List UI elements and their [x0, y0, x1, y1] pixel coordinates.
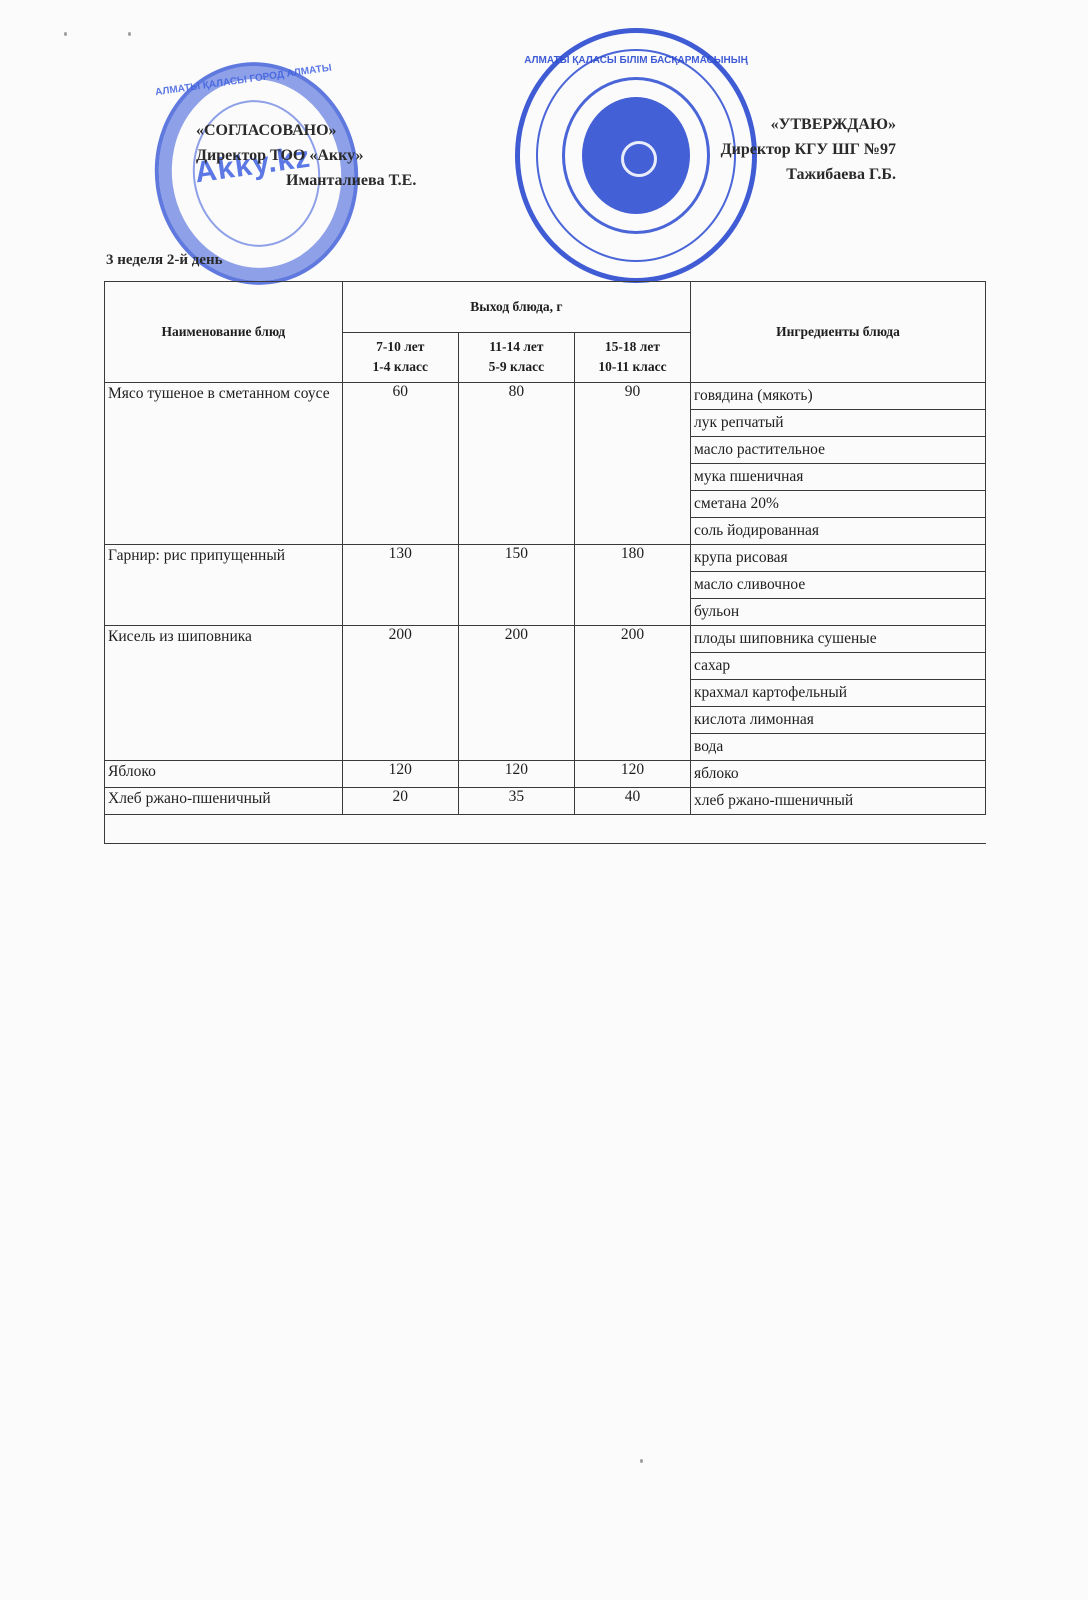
- scan-speck: [64, 32, 67, 36]
- dish-name-cell: Мясо тушеное в сметанном соусе: [105, 383, 343, 545]
- agreed-position: Директор ТОО «Акку»: [196, 143, 416, 168]
- yield-value-cell: 120: [342, 761, 458, 788]
- ingredient-cell: вода: [691, 734, 986, 761]
- header-ingredients: Ингредиенты блюда: [691, 282, 986, 383]
- yield-value-cell: 130: [342, 545, 458, 626]
- ingredient-cell: крахмал картофельный: [691, 680, 986, 707]
- yield-value-cell: 200: [574, 626, 690, 761]
- ingredient-cell: сметана 20%: [691, 491, 986, 518]
- ingredient-cell: плоды шиповника сушеные: [691, 626, 986, 653]
- ingredient-cell: хлеб ржано-пшеничный: [691, 788, 986, 815]
- scan-speck: [128, 32, 131, 36]
- table-row: Кисель из шиповника200200200плоды шиповн…: [105, 626, 986, 653]
- agreed-title: «СОГЛАСОВАНО»: [196, 118, 416, 143]
- ingredient-cell: сахар: [691, 653, 986, 680]
- ingredient-cell: бульон: [691, 599, 986, 626]
- ingredient-cell: кислота лимонная: [691, 707, 986, 734]
- table-row: Гарнир: рис припущенный130150180крупа ри…: [105, 545, 986, 572]
- stamp-ring-text: АЛМАТЫ ҚАЛАСЫ ГОРОД АЛМАТЫ: [146, 61, 341, 99]
- ingredient-cell: масло сливочное: [691, 572, 986, 599]
- dish-name-cell: Кисель из шиповника: [105, 626, 343, 761]
- yield-value-cell: 80: [458, 383, 574, 545]
- yield-value-cell: 90: [574, 383, 690, 545]
- menu-table-body: Мясо тушеное в сметанном соусе608090говя…: [105, 383, 986, 844]
- ingredient-cell: лук репчатый: [691, 410, 986, 437]
- header-dish-name: Наименование блюд: [105, 282, 343, 383]
- yield-value-cell: 20: [342, 788, 458, 815]
- empty-row: [105, 815, 986, 844]
- emblem-icon: [582, 97, 690, 214]
- ingredient-cell: мука пшеничная: [691, 464, 986, 491]
- yield-value-cell: 35: [458, 788, 574, 815]
- header-yield: Выход блюда, г: [342, 282, 690, 333]
- approved-position: Директор КГУ ШГ №97: [694, 137, 896, 162]
- dish-name-cell: Гарнир: рис припущенный: [105, 545, 343, 626]
- yield-value-cell: 150: [458, 545, 574, 626]
- header-age-group: 7-10 лет1-4 класс: [342, 332, 458, 383]
- approved-signatory: Тажибаева Г.Б.: [694, 162, 896, 187]
- yield-value-cell: 200: [458, 626, 574, 761]
- yield-value-cell: 200: [342, 626, 458, 761]
- ingredient-cell: соль йодированная: [691, 518, 986, 545]
- ingredient-cell: крупа рисовая: [691, 545, 986, 572]
- approved-title: «УТВЕРЖДАЮ»: [694, 112, 896, 137]
- week-day-label: 3 неделя 2-й день: [106, 252, 223, 269]
- yield-value-cell: 120: [458, 761, 574, 788]
- agreed-block: «СОГЛАСОВАНО» Директор ТОО «Акку» Иманта…: [196, 118, 416, 193]
- empty-cell: [105, 815, 986, 844]
- table-row: Яблоко120120120яблоко: [105, 761, 986, 788]
- table-row: Хлеб ржано-пшеничный203540хлеб ржано-пше…: [105, 788, 986, 815]
- yield-value-cell: 180: [574, 545, 690, 626]
- header-age-group: 15-18 лет10-11 класс: [574, 332, 690, 383]
- scan-speck: [640, 1459, 643, 1463]
- ingredient-cell: яблоко: [691, 761, 986, 788]
- table-row: Мясо тушеное в сметанном соусе608090говя…: [105, 383, 986, 410]
- yield-value-cell: 60: [342, 383, 458, 545]
- ingredient-cell: масло растительное: [691, 437, 986, 464]
- menu-table: Наименование блюд Выход блюда, г Ингреди…: [104, 281, 986, 844]
- approved-block: «УТВЕРЖДАЮ» Директор КГУ ШГ №97 Тажибаев…: [694, 112, 896, 187]
- stamp-ring-text: АЛМАТЫ ҚАЛАСЫ БІЛІМ БАСҚАРМАСЫНЫҢ: [520, 55, 752, 66]
- agreed-signatory: Иманталиева Т.Е.: [196, 168, 416, 193]
- header-age-group: 11-14 лет5-9 класс: [458, 332, 574, 383]
- yield-value-cell: 40: [574, 788, 690, 815]
- yield-value-cell: 120: [574, 761, 690, 788]
- dish-name-cell: Яблоко: [105, 761, 343, 788]
- ingredient-cell: говядина (мякоть): [691, 383, 986, 410]
- dish-name-cell: Хлеб ржано-пшеничный: [105, 788, 343, 815]
